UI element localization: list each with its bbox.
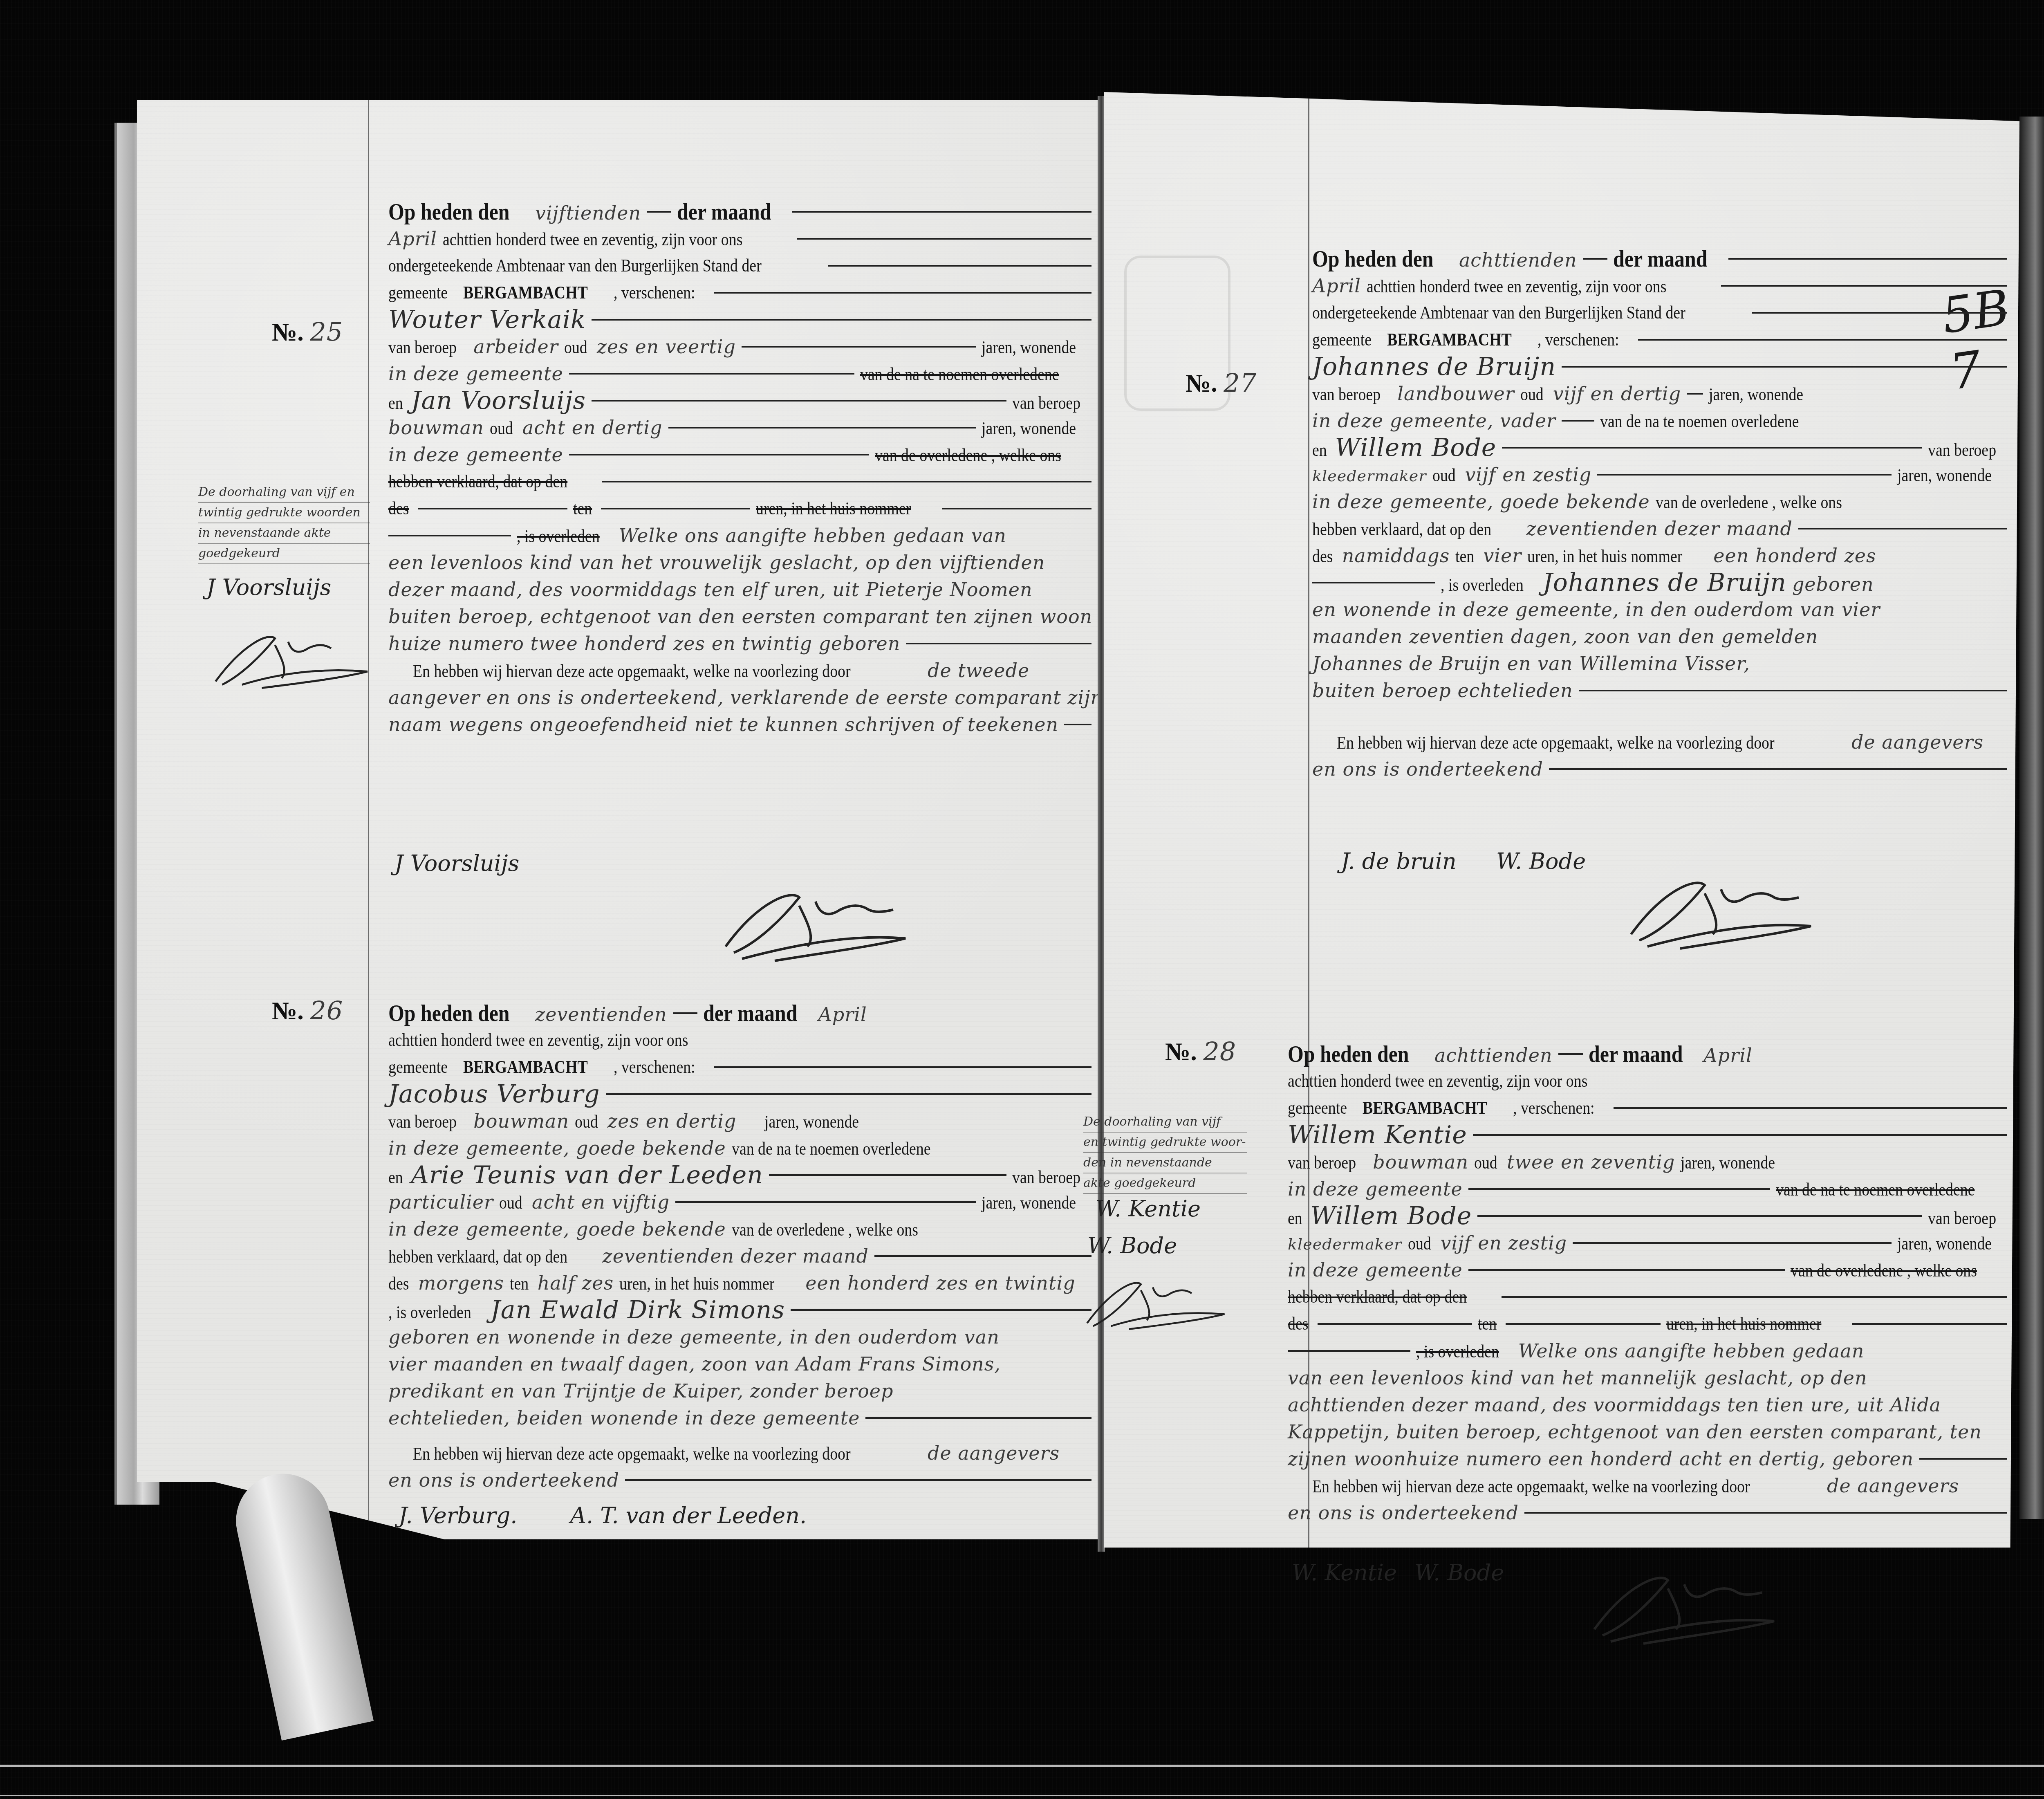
right-page-stack xyxy=(2019,117,2044,1519)
official-signature xyxy=(1570,1564,1782,1646)
deceased-name: Johannes de Bruijn xyxy=(1543,569,1786,596)
film-edge-line xyxy=(0,1765,2044,1767)
margin-note-act-25: De doorhaling van vijf en twintig gedruk… xyxy=(198,482,370,564)
signature-voorsluijs: J Voorsluijs xyxy=(394,850,519,876)
act-28: Op heden denachttiendender maandApril ac… xyxy=(1288,1041,2007,1526)
official-signature xyxy=(693,1539,905,1621)
signature-verburg: J. Verburg. xyxy=(399,1503,518,1528)
declarant-1-name: Wouter Verkaik xyxy=(388,306,586,333)
act-day: vijftienden xyxy=(535,200,641,227)
signature-de-bruin: J. de bruin xyxy=(1341,848,1457,874)
act-month: April xyxy=(388,225,437,252)
film-edge-line xyxy=(0,1795,2044,1796)
margin-signature-bode: W. Bode xyxy=(1087,1233,1177,1258)
official-signature-margin xyxy=(1075,1270,1230,1335)
act-number-value: 25 xyxy=(310,317,343,347)
act-number-26: №. 26 xyxy=(272,996,343,1026)
act-25: Op heden denvijftiendender maand Aprilac… xyxy=(388,198,1091,738)
deceased-name: Jan Ewald Dirk Simons xyxy=(491,1297,785,1323)
official-signature xyxy=(701,881,914,963)
act-number-value: 28 xyxy=(1203,1036,1236,1066)
margin-rule xyxy=(368,100,369,1539)
declarant-2-name: Jan Voorsluijs xyxy=(411,387,586,414)
act-number-28: №. 28 xyxy=(1165,1036,1236,1067)
left-page: №. 25 Op heden denvijftiendender maand A… xyxy=(137,100,1098,1539)
signature-bode: W. Bode xyxy=(1496,848,1586,874)
official-signature-margin xyxy=(202,624,374,693)
act-number-value: 27 xyxy=(1224,368,1257,398)
register-book: №. 25 Op heden denvijftiendender maand A… xyxy=(114,100,2044,1609)
act-number-value: 26 xyxy=(310,996,343,1025)
act-number-25: №. 25 xyxy=(272,317,343,347)
margin-note-act-28: De doorhaling van vijf en twintig gedruk… xyxy=(1083,1112,1247,1194)
signature-kentie: W. Kentie xyxy=(1292,1560,1397,1586)
official-signature xyxy=(1607,869,1819,951)
signature-van-der-leeden: A. T. van der Leeden. xyxy=(570,1503,807,1528)
act-27: Op heden denachttiendender maand Aprilac… xyxy=(1312,245,2007,783)
margin-signature-kentie: W. Kentie xyxy=(1096,1196,1201,1222)
margin-signature: J Voorsluijs xyxy=(206,574,331,600)
act-26: Op heden denzeventiendender maandApril a… xyxy=(388,1000,1091,1494)
signature-bode: W. Bode xyxy=(1414,1560,1504,1586)
act-number-27: №. 27 xyxy=(1186,368,1257,398)
